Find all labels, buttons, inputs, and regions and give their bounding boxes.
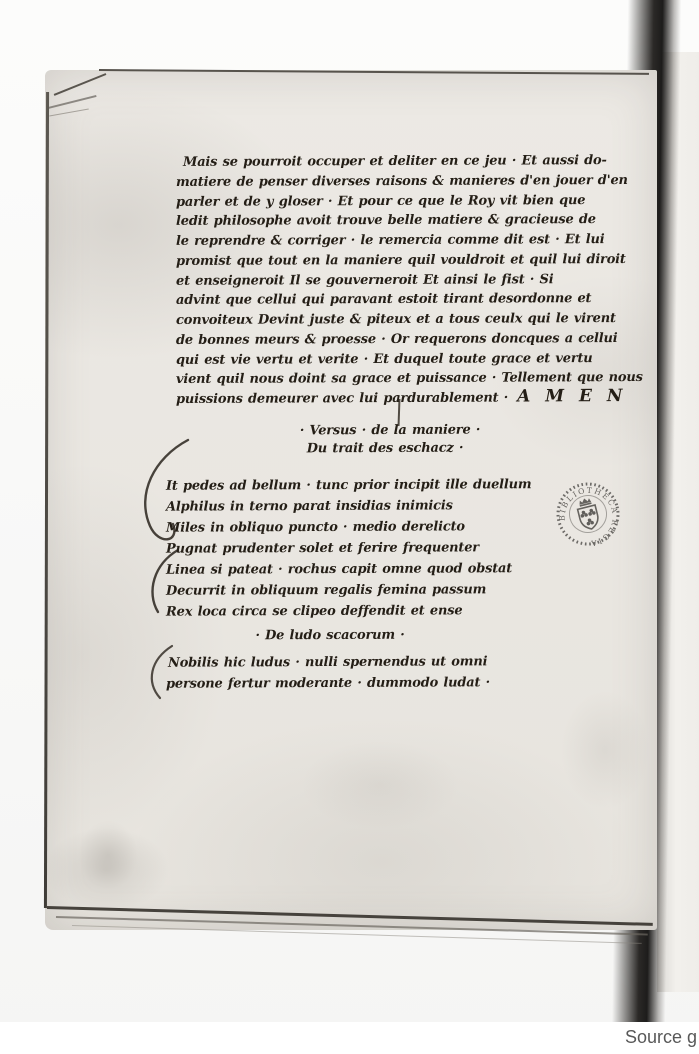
latin-verse: Nobilis hic ludus · nulli spernendus ut … xyxy=(168,652,487,672)
manuscript-line: convoiteux Devint juste & piteux et a to… xyxy=(176,309,616,330)
parchment-stain xyxy=(560,690,650,810)
amen-word: A M E N xyxy=(517,386,626,406)
parchment-stain xyxy=(78,820,138,890)
manuscript-line: matiere de penser diverses raisons & man… xyxy=(176,171,628,192)
manuscript-line: et enseigneroit Il se gouverneroit Et ai… xyxy=(176,270,554,291)
source-credit: Source g xyxy=(625,1027,697,1048)
latin-verse: Linea si pateat · rochus capit omne quod… xyxy=(166,559,512,580)
manuscript-line: Mais se pourroit occuper et deliter en c… xyxy=(183,151,607,172)
latin-verse: Pugnat prudenter solet et ferire frequen… xyxy=(166,538,479,558)
section-heading: Du trait des eschacz · xyxy=(245,438,525,458)
latin-verse: persone fertur moderante · dummodo ludat… xyxy=(166,673,490,693)
latin-verse: Decurrit in obliquum regalis femina pass… xyxy=(166,580,486,600)
subheading: · De ludo scacorum · xyxy=(230,626,430,646)
manuscript-line-text: puissions demeurer avec lui pardurableme… xyxy=(176,391,508,407)
manuscript-line: de bonnes meurs & proesse · Or requerons… xyxy=(176,329,618,350)
parchment-stain xyxy=(300,740,460,830)
manuscript-line: puissions demeurer avec lui pardurableme… xyxy=(176,387,626,409)
latin-verse: Miles in obliquo puncto · medio derelict… xyxy=(166,517,465,537)
manuscript-line: promist que tout en la maniere quil voul… xyxy=(176,250,626,271)
latin-verse: It pedes ad bellum · tunc prior incipit … xyxy=(166,475,532,496)
credit-strip: Source g xyxy=(0,1022,699,1054)
manuscript-line: le reprendre & corriger · le remercia co… xyxy=(176,230,605,251)
manuscript-line: ledit philosophe avoit trouve belle mati… xyxy=(176,210,596,231)
manuscript-photo: Mais se pourroit occuper et deliter en c… xyxy=(0,0,699,1054)
manuscript-line: parler et de y gloser · Et pour ce que l… xyxy=(176,191,585,212)
calligraphic-flourish xyxy=(138,642,182,704)
manuscript-line: advint que cellui qui paravant estoit ti… xyxy=(176,289,591,310)
latin-verse: Rex loca circa se clipeo deffendit et en… xyxy=(166,601,462,621)
latin-verse: Alphilus in terno parat insidias inimici… xyxy=(166,496,453,516)
manuscript-line: qui est vie vertu et verite · Et duquel … xyxy=(176,349,593,370)
